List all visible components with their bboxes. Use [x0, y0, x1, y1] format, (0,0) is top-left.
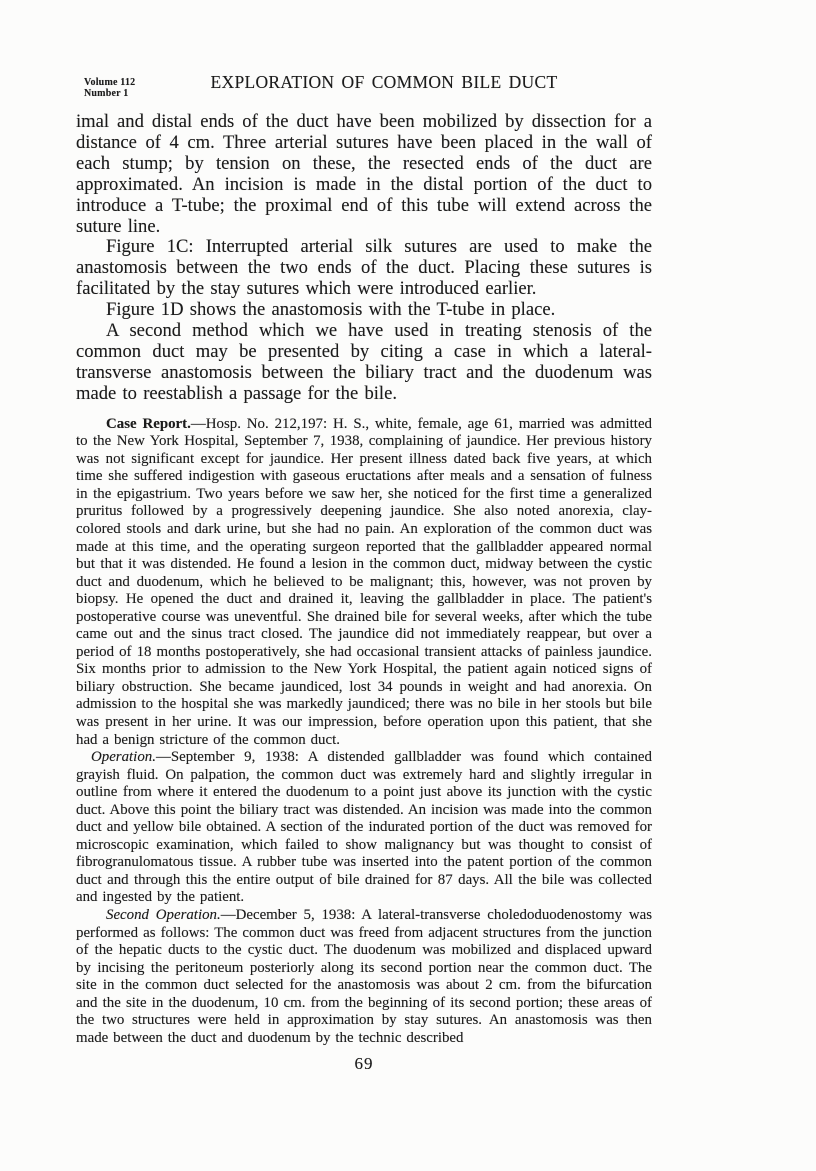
issue-number-label: Number 1 [84, 88, 135, 99]
operation-paragraph: Operation.—September 9, 1938: A distende… [76, 749, 652, 907]
journal-page: Volume 112 Number 1 EXPLORATION OF COMMO… [0, 0, 816, 1171]
operation-text: —September 9, 1938: A distended gallblad… [76, 749, 652, 905]
operation-heading: Operation. [91, 749, 156, 765]
body-paragraph-figure-1d: Figure 1D shows the anastomosis with the… [76, 300, 652, 321]
second-operation-heading: Second Operation. [106, 907, 221, 923]
second-operation-paragraph: Second Operation.—December 5, 1938: A la… [76, 907, 652, 1047]
body-paragraph-figure-1c: Figure 1C: Interrupted arterial silk sut… [76, 237, 652, 300]
page-header: Volume 112 Number 1 EXPLORATION OF COMMO… [76, 72, 652, 109]
article-body: imal and distal ends of the duct have be… [76, 112, 652, 1047]
body-paragraph-second-method: A second method which we have used in tr… [76, 321, 652, 405]
body-paragraph-continuation: imal and distal ends of the duct have be… [76, 112, 652, 237]
page-number: 69 [76, 1054, 652, 1074]
case-report-text: —Hosp. No. 212,197: H. S., white, female… [76, 416, 652, 748]
running-title: EXPLORATION OF COMMON BILE DUCT [76, 72, 652, 92]
issue-info: Volume 112 Number 1 [84, 77, 135, 99]
page-footer: 69 [76, 1054, 652, 1074]
second-operation-text: —December 5, 1938: A lateral-transverse … [76, 907, 652, 1046]
case-report-paragraph: Case Report.—Hosp. No. 212,197: H. S., w… [76, 416, 652, 749]
case-report-heading: Case Report. [106, 416, 191, 432]
case-report-section: Case Report.—Hosp. No. 212,197: H. S., w… [76, 416, 652, 1048]
volume-label: Volume 112 [84, 77, 135, 88]
